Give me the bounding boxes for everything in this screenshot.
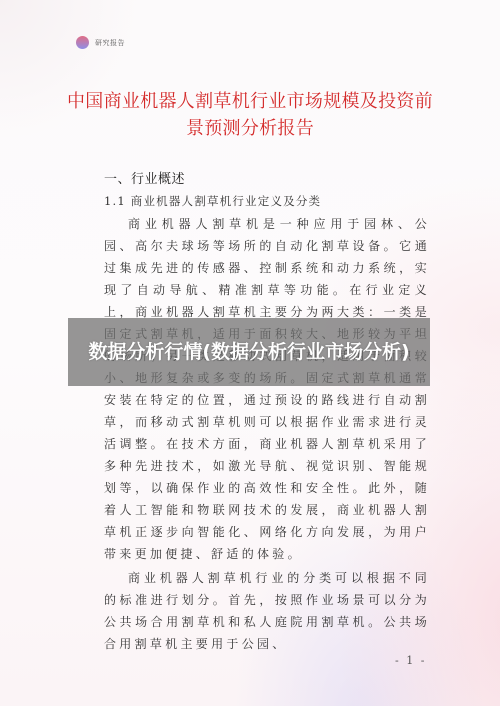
document-page: 研究报告 中国商业机器人割草机行业市场规模及投资前景预测分析报告 一、行业概述 … <box>0 0 500 706</box>
body-paragraph: 商业机器人割草机行业的分类可以根据不同的标准进行划分。首先，按照作业场景可以分为… <box>104 567 430 655</box>
brand-label: 研究报告 <box>95 38 125 48</box>
document-title: 中国商业机器人割草机行业市场规模及投资前景预测分析报告 <box>60 88 440 142</box>
subsection-heading: 1.1 商业机器人割草机行业定义及分类 <box>104 193 321 209</box>
overlay-caption: 数据分析行情(数据分析行业市场分析) <box>88 341 409 363</box>
logo-circle-icon <box>76 36 89 49</box>
page-number: - 1 - <box>395 654 426 667</box>
body-paragraph: 商业机器人割草机是一种应用于园林、公园、高尔夫球场等场所的自动化割草设备。它通过… <box>104 213 430 565</box>
caption-overlay: 数据分析行情(数据分析行业市场分析) <box>68 318 430 386</box>
brand-header: 研究报告 <box>76 36 125 49</box>
section-heading: 一、行业概述 <box>104 168 185 187</box>
